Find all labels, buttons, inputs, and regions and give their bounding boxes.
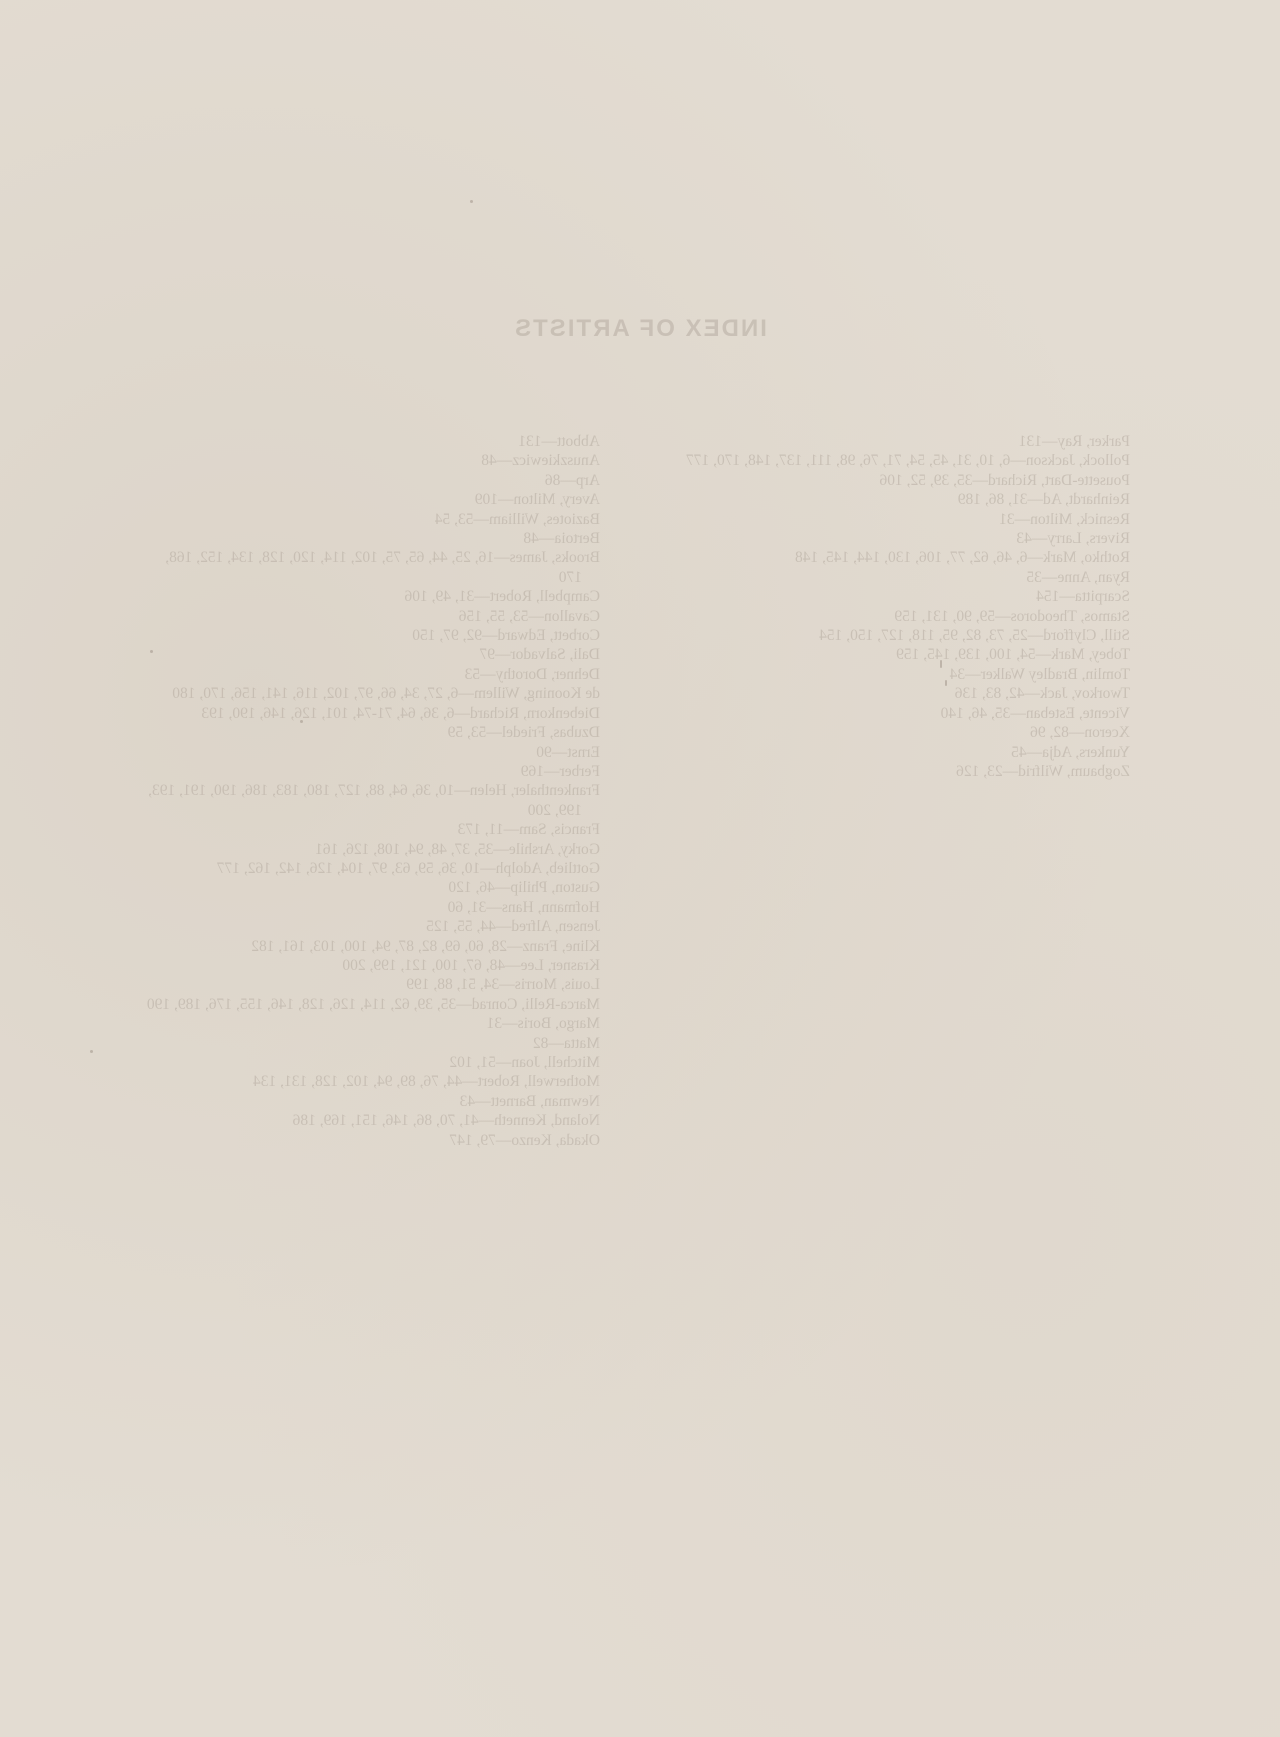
scanned-page: INDEX OF ARTISTS Abbott—131Anuszkiewicz—… — [0, 0, 1280, 1737]
index-entry: Xceron—82, 96 — [670, 723, 1130, 742]
paper-speck — [90, 1050, 93, 1053]
index-entry: Okada, Kenzo—79, 147 — [140, 1131, 600, 1150]
index-entry: Motherwell, Robert—44, 76, 89, 94, 102, … — [140, 1072, 600, 1091]
index-entry: Noland, Kenneth—41, 70, 86, 146, 151, 16… — [140, 1111, 600, 1130]
index-entry: Dali, Salvador—97 — [140, 645, 600, 664]
index-entry: Francis, Sam—11, 173 — [140, 820, 600, 839]
index-entry: Tobey, Mark—54, 100, 139, 145, 159 — [670, 645, 1130, 664]
index-entry: Cavallon—53, 55, 156 — [140, 607, 600, 626]
index-entry: Tomlin, Bradley Walker—34 — [670, 665, 1130, 684]
index-entry: Corbett, Edward—92, 97, 150 — [140, 626, 600, 645]
index-entry: Mitchell, Joan—51, 102 — [140, 1053, 600, 1072]
index-entry: Louis, Morris—34, 51, 88, 199 — [140, 975, 600, 994]
index-entry: Tworkov, Jack—42, 83, 136 — [670, 684, 1130, 703]
index-entry: Yunkers, Adja—45 — [670, 743, 1130, 762]
index-entry: Reinhardt, Ad—31, 86, 189 — [670, 490, 1130, 509]
index-entry: Zogbaum, Wilfrid—23, 126 — [670, 762, 1130, 781]
index-entry: Diebenkorn, Richard—6, 36, 64, 71-74, 10… — [140, 704, 600, 723]
index-entry: Frankenthaler, Helen—10, 36, 64, 88, 127… — [140, 781, 600, 820]
index-entry: Resnick, Milton—31 — [670, 510, 1130, 529]
paper-mark — [940, 660, 942, 668]
index-entry: Matta—82 — [140, 1034, 600, 1053]
index-entry: Krasner, Lee—48, 67, 100, 121, 199, 200 — [140, 956, 600, 975]
index-entry: Bertoia—48 — [140, 529, 600, 548]
paper-speck — [470, 200, 473, 203]
index-entry: Margo, Boris—31 — [140, 1014, 600, 1033]
index-entry: Dzubas, Friedel—53, 59 — [140, 723, 600, 742]
paper-speck — [150, 650, 153, 653]
index-entry: Avery, Milton—109 — [140, 490, 600, 509]
index-entry: Parker, Ray—131 — [670, 432, 1130, 451]
index-entry: Vicente, Esteban—35, 46, 140 — [670, 704, 1130, 723]
index-entry: Rothko, Mark—6, 46, 62, 77, 106, 130, 14… — [670, 548, 1130, 567]
index-entry: Baziotes, William—53, 54 — [140, 510, 600, 529]
index-entry: Stamos, Theodoros—59, 90, 131, 159 — [670, 607, 1130, 626]
index-entry: Kline, Franz—28, 60, 69, 82, 87, 94, 100… — [140, 937, 600, 956]
index-entry: Still, Clyfford—25, 73, 82, 95, 118, 127… — [670, 626, 1130, 645]
index-entry: Pollock, Jackson—6, 10, 31, 45, 54, 71, … — [670, 451, 1130, 470]
index-entry: Marca-Relli, Conrad—35, 39, 62, 114, 126… — [140, 995, 600, 1014]
index-entry: Dehner, Dorothy—53 — [140, 665, 600, 684]
index-entry: Scarpitta—154 — [670, 587, 1130, 606]
index-entry: Guston, Philip—46, 120 — [140, 878, 600, 897]
index-entry: Ryan, Anne—35 — [670, 568, 1130, 587]
index-entry: Newman, Barnett—43 — [140, 1092, 600, 1111]
index-entry: Hofmann, Hans—31, 60 — [140, 898, 600, 917]
index-entry: Anuszkiewicz—48 — [140, 451, 600, 470]
index-entry: Ferber—169 — [140, 762, 600, 781]
paper-speck — [300, 720, 303, 723]
index-entry: Gottlieb, Adolph—10, 36, 59, 63, 97, 104… — [140, 859, 600, 878]
bleed-column-left: Abbott—131Anuszkiewicz—48Arp—86Avery, Mi… — [140, 432, 600, 1150]
index-entry: Gorky, Arshile—35, 37, 48, 94, 108, 126,… — [140, 840, 600, 859]
index-entry: Rivers, Larry—43 — [670, 529, 1130, 548]
show-through-text: INDEX OF ARTISTS Abbott—131Anuszkiewicz—… — [0, 0, 1280, 1737]
index-entry: Arp—86 — [140, 471, 600, 490]
index-entry: Ernst—90 — [140, 743, 600, 762]
bleed-column-right: Parker, Ray—131Pollock, Jackson—6, 10, 3… — [670, 432, 1130, 781]
index-entry: Jensen, Alfred—44, 55, 125 — [140, 917, 600, 936]
paper-mark — [945, 680, 947, 686]
bleed-heading: INDEX OF ARTISTS — [0, 315, 1280, 343]
index-entry: Abbott—131 — [140, 432, 600, 451]
index-entry: Campbell, Robert—31, 49, 106 — [140, 587, 600, 606]
index-entry: de Kooning, Willem—6, 27, 34, 66, 97, 10… — [140, 684, 600, 703]
index-entry: Pousette-Dart, Richard—35, 39, 52, 106 — [670, 471, 1130, 490]
index-entry: Brooks, James—16, 25, 44, 65, 75, 102, 1… — [140, 548, 600, 587]
